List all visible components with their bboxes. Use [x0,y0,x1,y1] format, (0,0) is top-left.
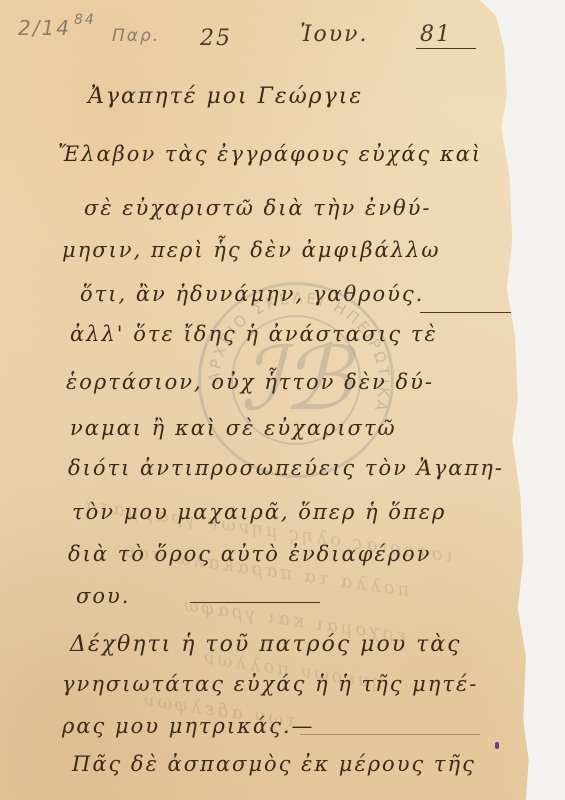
letter-line: Δέχθητι ἡ τοῦ πατρός μου τὰς [70,632,461,657]
salutation: Ἀγαπητέ μοι Γεώργιε [88,84,363,109]
dash-line [300,734,480,735]
date-year: 81 [420,22,452,47]
stain-spot [520,134,530,148]
letter-line: ρας μου μητρικάς.— [62,714,315,738]
ink-mark [495,742,499,749]
letter-line: σὲ εὐχαριστῶ διὰ τὴν ἐνθύ- [84,196,431,220]
letter-line: μησιν, περὶ ἧς δὲν ἀμφιβάλλω [62,238,440,262]
date-underline [416,48,476,49]
letter-line: διὰ τὸ ὅρος αὐτὸ ἐνδιαφέρον [68,542,431,566]
letter-line: διότι ἀντιπροσωπεύεις τὸν Ἀγαπη- [68,456,504,480]
stain-spot [538,250,546,262]
date-month: Ἰουν. [300,22,368,47]
word-underline [420,312,520,313]
archive-number: 84 [74,12,96,28]
letter-line: σου. [76,584,130,608]
separator-line [190,602,320,603]
letter-page: ιστοριας ολης μηνων γραμματα πολλα τα πα… [0,0,545,800]
archive-abbrev: Παρ. [112,26,160,46]
letter-line: γνησιωτάτας εὐχάς ἡ ἡ τῆς μητέ- [62,672,478,696]
stain-spot [545,335,555,357]
letter-line: ναμαι ἢ καὶ σὲ εὐχαριστῶ [70,416,397,440]
letter-line: Ἔλαβον τὰς ἐγγράφους εὐχάς καὶ [58,142,482,166]
stain-spot [540,150,548,166]
archive-folio: 2/14 [18,16,71,40]
letter-line: Πᾶς δὲ ἀσπασμὸς ἐκ μέρους τῆς [72,752,476,776]
stain-spot [528,170,534,178]
letter-line: τὸν μου μαχαιρᾶ, ὅπερ ἡ ὅπερ [72,500,446,524]
date-day: 25 [200,26,232,51]
letter-line: ὅτι, ἂν ἠδυνάμην, γαθρούς. [80,282,424,306]
letter-line: ἀλλ' ὅτε ἴδης ἡ ἀνάστασις τὲ [70,322,438,346]
letter-line: ἑορτάσιον, οὐχ ἧττον δὲν δύ- [66,370,434,394]
